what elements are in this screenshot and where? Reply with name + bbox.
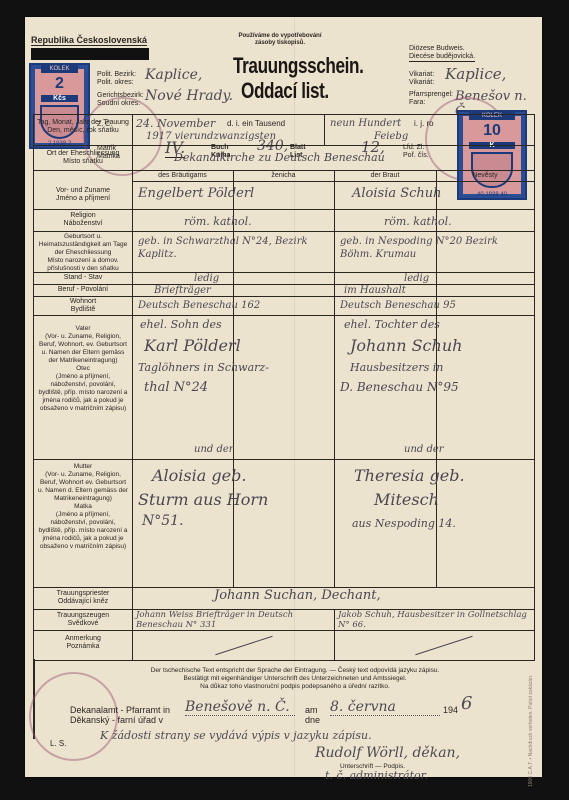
stamp-currency: Kčs bbox=[41, 95, 78, 102]
bride-residence: Deutsch Beneschau 95 bbox=[340, 299, 456, 312]
col-bride-de: der Braut bbox=[334, 172, 436, 179]
office-place-value: Benešově n. Č. bbox=[185, 699, 295, 716]
place-label: Tag, Monat, Jahr der TrauungOrt der Ehes… bbox=[34, 150, 132, 166]
remark-strike-groom bbox=[215, 636, 272, 655]
bride-mother-line1: Theresia geb. bbox=[354, 467, 465, 485]
birthplace-label: Geburtsort u. Heimatszuständigkeit am Ta… bbox=[34, 233, 132, 273]
notice-text: Používáme do vypotřebovánízásoby tiskopi… bbox=[225, 33, 335, 47]
groom-father-line1: ehel. Sohn des bbox=[140, 318, 222, 331]
bride-religion: röm. kathol. bbox=[384, 215, 452, 228]
bride-witness: Jakob Schuh, Hausbesitzer in Gollnetschl… bbox=[338, 610, 532, 630]
occupation-label: Beruf - Povolání bbox=[34, 286, 132, 294]
registry-table: Tag, Monat, Jahr der TrauungDen, měsíc, … bbox=[33, 114, 535, 661]
groom-mother-line1: Aloisia geb. bbox=[152, 467, 246, 485]
vikariat-label: Vikariat:Vikariát: bbox=[409, 71, 434, 87]
mother-label: Mutter (Vor- u. Zuname, Religion, Beruf,… bbox=[34, 463, 132, 551]
wedding-date-year-tail: Feiebg bbox=[374, 130, 408, 143]
priest-label: TrauungspriesterOddávající kněz bbox=[34, 590, 132, 606]
bride-father-tail: und der bbox=[404, 443, 444, 456]
title-czech: Oddací list. bbox=[241, 79, 329, 103]
col-groom-cs: ženicha bbox=[233, 172, 334, 179]
priest-name: Johann Suchan, Dechant, bbox=[214, 589, 381, 602]
bride-father-line4: D. Beneschau N°95 bbox=[340, 381, 459, 394]
stamp-value: 2 bbox=[31, 75, 88, 93]
country-name: Republika Československá bbox=[31, 35, 147, 46]
wedding-date-hundreds: neun Hundert bbox=[330, 117, 401, 130]
remark-strike-bride bbox=[415, 636, 472, 655]
year-printed: 194 bbox=[443, 705, 458, 715]
col-bride-cs: Nevěsty bbox=[436, 172, 534, 179]
groom-residence: Deutsch Beneschau 162 bbox=[138, 299, 260, 312]
groom-father-line3: Taglöhners in Schwarz- bbox=[138, 361, 269, 374]
signature: Rudolf Wörll, děkan, bbox=[315, 745, 460, 761]
polit-bezirk-label: Polit. Bezirk:Polit. okres: bbox=[97, 71, 136, 87]
groom-mother-line3: N°51. bbox=[142, 515, 184, 528]
bride-occupation: im Haushalt bbox=[344, 284, 406, 297]
name-label: Vor- und ZunameJméno a příjmení bbox=[34, 187, 132, 203]
groom-religion: röm. kathol. bbox=[184, 215, 252, 228]
groom-witness: Johann Weiss Briefträger in Deutsch Bene… bbox=[136, 610, 332, 630]
father-label: Vater (Vor- u. Zuname, Religion, Beruf, … bbox=[34, 325, 132, 413]
title-german: Trauungsschein. bbox=[233, 54, 364, 78]
groom-mother-line2: Sturm aus Horn bbox=[138, 491, 268, 509]
signature-title: t. č. administrátor. bbox=[325, 769, 428, 782]
issue-date-value: 8. června bbox=[330, 699, 440, 716]
residence-label: WohnortBydliště bbox=[34, 298, 132, 314]
issuance-note: K žádosti strany se vydává výpis v jazyk… bbox=[100, 729, 372, 742]
bride-status: ledig bbox=[404, 272, 429, 285]
religion-label: ReligionNáboženství bbox=[34, 212, 132, 228]
bride-father-line1: ehel. Tochter des bbox=[344, 318, 440, 331]
vikariat-value: Kaplice, bbox=[445, 65, 506, 83]
marriage-certificate-document: Republika Československá KOLEK 2 Kčs 2 1… bbox=[25, 17, 542, 777]
groom-father-tail: und der bbox=[194, 443, 234, 456]
gerichtsbezirk-value: Nové Hrady. bbox=[145, 88, 233, 104]
diocese: Diözese Budweis.Diecése budějovická. bbox=[409, 45, 475, 62]
year-value: 6 bbox=[461, 693, 472, 714]
wedding-date-day-month: 24. November bbox=[136, 117, 215, 130]
office-label: Dekanalamt - Pfarramt inDěkanský - farní… bbox=[70, 705, 170, 725]
col-groom-de: des Bräutigams bbox=[132, 172, 233, 179]
date-label: Tag, Monat, Jahr der TrauungDen, měsíc, … bbox=[34, 119, 132, 135]
date-label-footer: amdne bbox=[305, 705, 320, 725]
stamp-kolek-label: KOLEK bbox=[41, 65, 78, 73]
polit-bezirk-value: Kaplice, bbox=[145, 67, 202, 83]
bride-name: Aloisia Schuh bbox=[352, 187, 442, 200]
groom-birthplace: geb. in Schwarzthal N°24, Bezirk Kaplitz… bbox=[138, 235, 328, 261]
groom-father-name: Karl Pölderl bbox=[144, 337, 241, 355]
date-printed-text: d. i. ein Tausend bbox=[227, 119, 285, 128]
remark-label: AnmerkungPoznámka bbox=[34, 635, 132, 651]
redacted-block bbox=[31, 48, 149, 60]
bride-father-line3: Hausbesitzers in bbox=[350, 361, 443, 374]
date-printed-tail: i. j. ro bbox=[414, 119, 434, 128]
groom-father-line4: thal N°24 bbox=[144, 381, 208, 394]
status-label: Stand - Stav bbox=[34, 274, 132, 282]
bride-mother-line3: aus Nespoding 14. bbox=[352, 517, 456, 530]
groom-occupation: Briefträger bbox=[154, 284, 211, 297]
printer-mark: 1906 C.A.T. • Nachdruck verboten. Patiot… bbox=[528, 675, 534, 787]
ls-label: L. S. bbox=[50, 739, 66, 748]
witnesses-label: TrauungszeugenSvědkové bbox=[34, 612, 132, 628]
footer-legal-text: Der tschechische Text entspricht der Spr… bbox=[85, 667, 505, 691]
groom-name: Engelbert Pölderl bbox=[138, 187, 254, 200]
bride-mother-line2: Mitesch bbox=[374, 491, 439, 509]
wedding-place: Dekanalkirche zu Deutsch Beneschau bbox=[174, 151, 385, 164]
bride-father-name: Johann Schuh bbox=[350, 337, 462, 355]
wedding-date-year: 1917 vierundzwanzigsten bbox=[146, 130, 276, 143]
bride-birthplace: geb. in Nespoding N°20 Bezirk Böhm. Krum… bbox=[340, 235, 530, 261]
